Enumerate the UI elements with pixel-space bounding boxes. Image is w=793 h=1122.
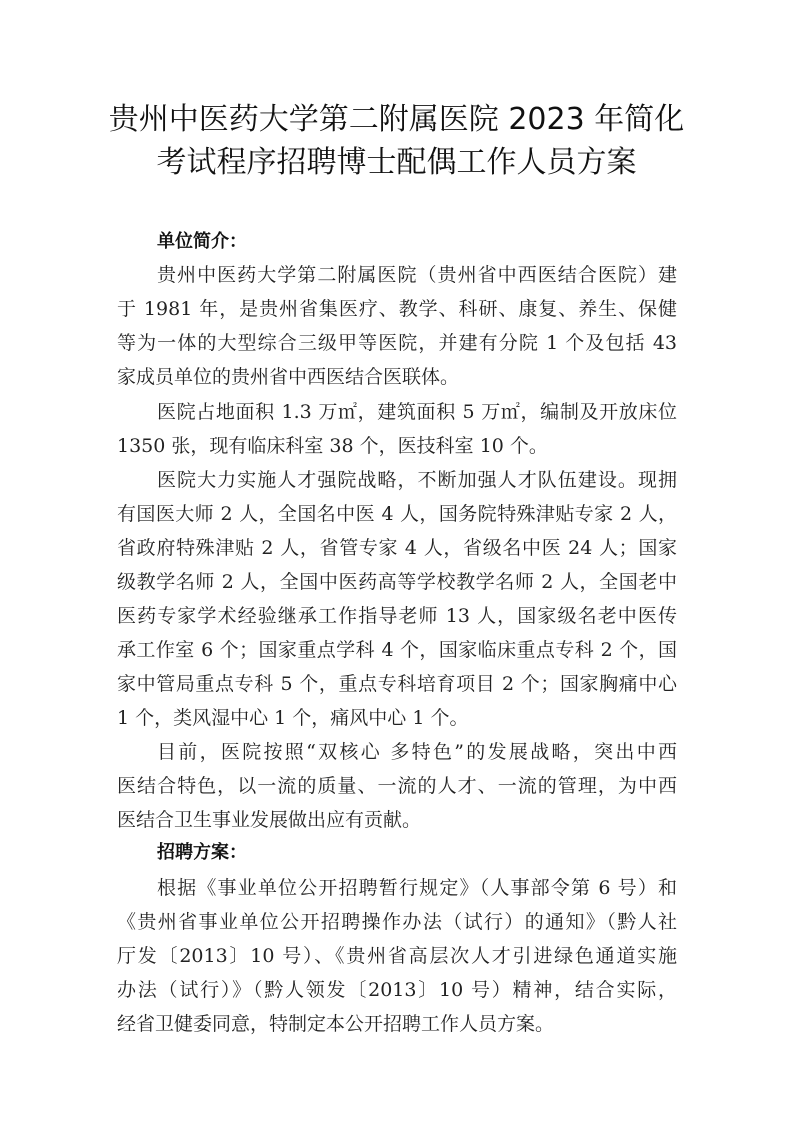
document-title-line-1: 贵州中医药大学第二附属医院 2023 年简化 <box>0 100 793 140</box>
paragraph-line: 1 个，类风湿中心 1 个，痛风中心 1 个。 <box>117 705 677 731</box>
paragraph-line: 办法（试行）》（黔人领发〔2013〕10 号）精神，结合实际， <box>117 977 677 1003</box>
paragraph-line: 厅发〔2013〕10 号）、《贵州省高层次人才引进绿色通道实施 <box>117 943 677 969</box>
paragraph-line: 省政府特殊津贴 2 人，省管专家 4 人，省级名中医 24 人；国家 <box>117 535 677 561</box>
paragraph-line: 医院大力实施人才强院战略，不断加强人才队伍建设。现拥 <box>157 467 677 493</box>
paragraph-line: 1350 张，现有临床科室 38 个，医技科室 10 个。 <box>117 433 677 459</box>
paragraph-line: 医结合特色，以一流的质量、一流的人才、一流的管理，为中西 <box>117 773 677 799</box>
paragraph-line: 《贵州省事业单位公开招聘操作办法（试行）的通知》（黔人社 <box>117 909 677 935</box>
paragraph-line: 家成员单位的贵州省中西医结合医联体。 <box>117 364 677 390</box>
section-heading-unit-intro: 单位简介： <box>157 229 247 255</box>
paragraph-line: 贵州中医药大学第二附属医院（贵州省中西医结合医院）建 <box>157 262 677 288</box>
paragraph-line: 等为一体的大型综合三级甲等医院，并建有分院 1 个及包括 43 <box>117 330 677 356</box>
document-page: 贵州中医药大学第二附属医院 2023 年简化 考试程序招聘博士配偶工作人员方案 … <box>0 0 793 1122</box>
paragraph-line: 根据《事业单位公开招聘暂行规定》（人事部令第 6 号）和 <box>157 875 677 901</box>
section-heading-recruitment-plan: 招聘方案： <box>157 840 247 866</box>
paragraph-line: 家中管局重点专科 5 个，重点专科培育项目 2 个；国家胸痛中心 <box>117 671 677 697</box>
paragraph-line: 目前，医院按照“双核心 多特色”的发展战略，突出中西 <box>157 739 677 765</box>
paragraph-line: 医药专家学术经验继承工作指导老师 13 人，国家级名老中医传 <box>117 603 677 629</box>
paragraph-line: 医院占地面积 1.3 万㎡，建筑面积 5 万㎡，编制及开放床位 <box>157 399 677 425</box>
paragraph-line: 于 1981 年，是贵州省集医疗、教学、科研、康复、养生、保健 <box>117 296 677 322</box>
paragraph-line: 有国医大师 2 人，全国名中医 4 人，国务院特殊津贴专家 2 人， <box>117 501 677 527</box>
paragraph-line: 医结合卫生事业发展做出应有贡献。 <box>117 807 677 833</box>
paragraph-line: 经省卫健委同意，特制定本公开招聘工作人员方案。 <box>117 1011 677 1037</box>
paragraph-line: 承工作室 6 个；国家重点学科 4 个，国家临床重点专科 2 个，国 <box>117 637 677 663</box>
document-title-line-2: 考试程序招聘博士配偶工作人员方案 <box>0 143 793 183</box>
paragraph-line: 级教学名师 2 人，全国中医药高等学校教学名师 2 人，全国老中 <box>117 569 677 595</box>
